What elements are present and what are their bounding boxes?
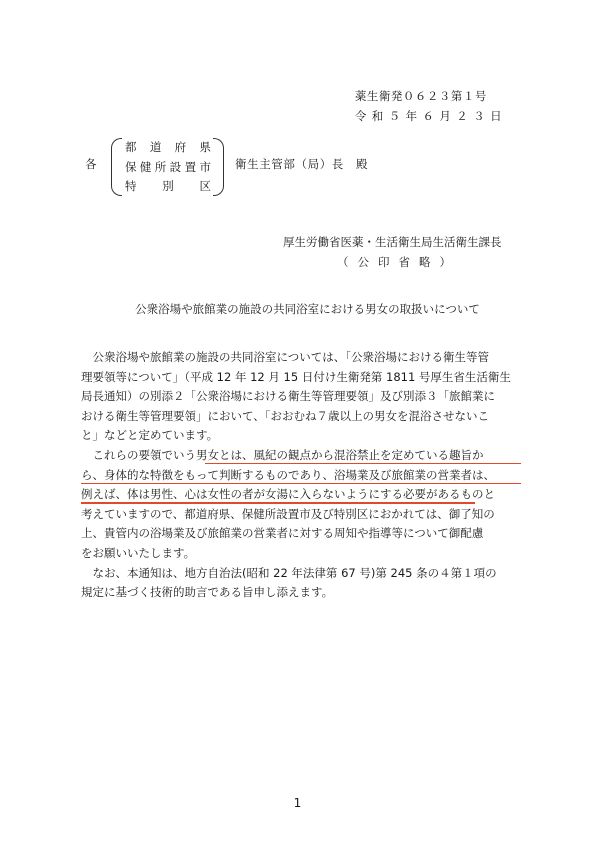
paragraph-3: なお、本通知は、地方自治法(昭和 22 年法律第 67 号)第 245 条の４第… bbox=[81, 564, 521, 603]
recipient-title: 衛生主管部（局）長 殿 bbox=[235, 156, 368, 172]
seal-omitted-note: （公印省略） bbox=[283, 252, 502, 272]
reference-block: 薬生衛発０６２３第１号 令和５年６月２３日 bbox=[355, 86, 507, 126]
sender-title: 厚生労働省医薬・生活衛生局生活衛生課長 bbox=[283, 232, 502, 252]
highlight-underline bbox=[81, 483, 521, 485]
page-number: 1 bbox=[0, 796, 595, 810]
entity-special-wards: 特別区 bbox=[125, 177, 211, 197]
left-bracket bbox=[111, 138, 122, 196]
entity-health-center-cities: 保健所設置市 bbox=[125, 158, 211, 178]
paragraph-2: これらの要領でいう男女とは、風紀の観点から混浴禁止を定めている趣旨か ら、身体的… bbox=[81, 446, 521, 564]
paragraph-1: 公衆浴場や旅館業の施設の共同浴室については、「公衆浴場における衛生等管 理要領等… bbox=[81, 348, 521, 446]
subject-line: 公衆浴場や旅館業の施設の共同浴室における男女の取扱いについて bbox=[0, 301, 595, 317]
highlight-underline bbox=[81, 502, 475, 504]
sender-block: 厚生労働省医薬・生活衛生局生活衛生課長 （公印省略） bbox=[283, 232, 502, 272]
addressee-prefix: 各 bbox=[85, 156, 97, 172]
issue-date: 令和５年６月２３日 bbox=[355, 106, 507, 126]
body-text: 公衆浴場や旅館業の施設の共同浴室については、「公衆浴場における衛生等管 理要領等… bbox=[81, 348, 521, 603]
addressee-entities: 都道府県 保健所設置市 特別区 bbox=[125, 138, 211, 197]
highlight-underline bbox=[205, 463, 521, 465]
right-bracket bbox=[213, 138, 224, 196]
reference-number: 薬生衛発０６２３第１号 bbox=[355, 86, 507, 106]
entity-prefectures: 都道府県 bbox=[125, 138, 211, 158]
